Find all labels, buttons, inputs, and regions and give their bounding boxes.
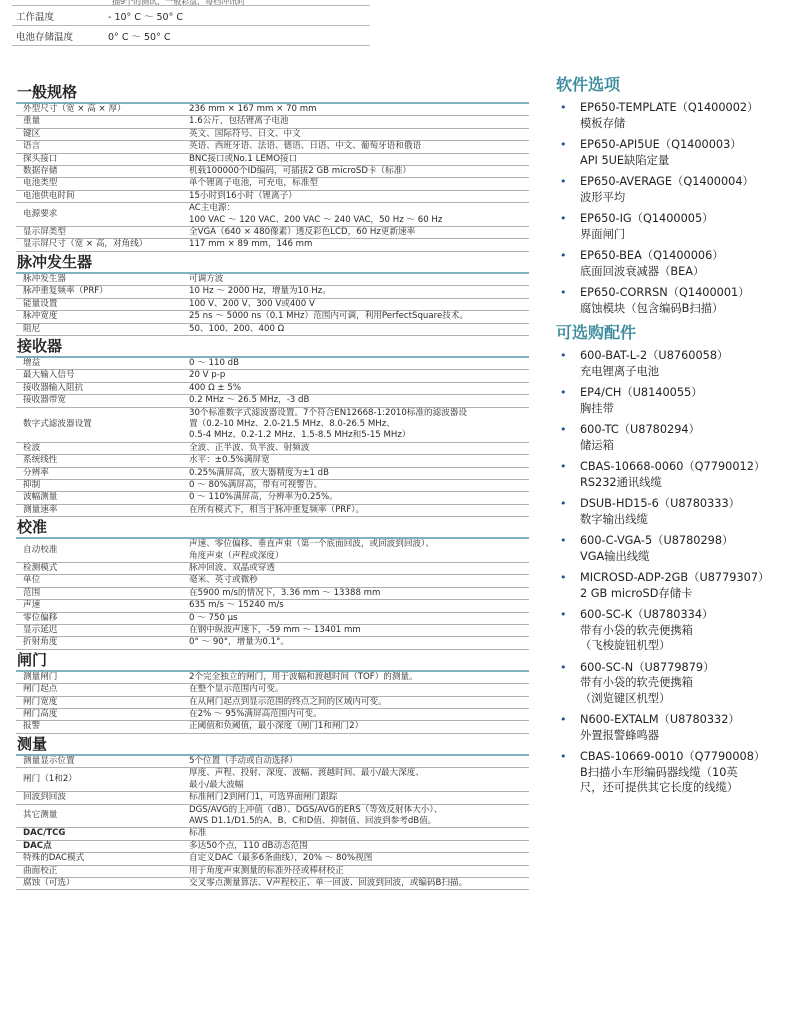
spec-label: 报警 — [16, 721, 187, 732]
spec-value: 50、100、200、400 Ω — [187, 324, 529, 335]
spec-row: 自动校准声速、零位偏移、垂直声束（第一个底面回波，或回波到回波）、 角度声束（声… — [16, 539, 529, 563]
spec-value: 多达50个点，110 dB动态范围 — [187, 841, 529, 852]
spec-label: 特殊的DAC模式 — [16, 853, 187, 864]
section-title: 一般规格 — [16, 82, 529, 102]
spec-label: 显示屏尺寸（宽 × 高，对角线） — [16, 239, 187, 250]
spec-row: 脉冲重复频率（PRF）10 Hz ～ 2000 Hz，增量为10 Hz。 — [16, 286, 529, 298]
spec-label: 最大输入信号 — [16, 370, 187, 381]
spec-value: 可调方波 — [187, 274, 529, 285]
bullet-icon: • — [556, 285, 580, 316]
spec-value: 400 Ω ± 5% — [187, 383, 529, 394]
spec-row: 腐蚀（可选）交叉零点测量算法、V声程校正、单一回波、回波到回波，或编码B扫描。 — [16, 878, 529, 890]
spec-value: 在整个显示范围内可变。 — [187, 684, 529, 695]
spec-table: 测量闸门2个完全独立的闸门，用于波幅和渡越时间（TOF）的测量。闸门起点在整个显… — [16, 670, 529, 734]
spec-label: 接收器带宽 — [16, 395, 187, 406]
bullet-icon: • — [556, 459, 580, 490]
spec-label: 零位偏移 — [16, 613, 187, 624]
spec-row: 显示延迟在钢中纵波声速下，-59 mm ～ 13401 mm — [16, 625, 529, 637]
spec-label: 曲面校正 — [16, 866, 187, 877]
spec-label: 脉冲发生器 — [16, 274, 187, 285]
spec-row: 其它测量DGS/AVG的上冲值（dB）、DGS/AVG的ERS（等效反射体大小）… — [16, 805, 529, 829]
list-item-text: 600-SC-N（U8779879） 带有小袋的软壳便携箱 （浏览键区机型） — [580, 660, 790, 707]
spec-row: 能量设置100 V、200 V、300 V或400 V — [16, 299, 529, 311]
spec-value: 10 Hz ～ 2000 Hz，增量为10 Hz。 — [187, 286, 529, 297]
spec-label: 探头接口 — [16, 154, 187, 165]
spec-label: 闸门高度 — [16, 709, 187, 720]
spec-table: 测量显示位置5个位置（手动或自动选择）闸门（1和2）厚度、声程、投射、深度、波幅… — [16, 754, 529, 890]
spec-label: 外型尺寸（宽 × 高 × 厚） — [16, 104, 187, 115]
spec-value: 在2% ～ 95%满屏高范围内可变。 — [187, 709, 529, 720]
spec-row: 最大输入信号20 V p-p — [16, 370, 529, 382]
spec-row: 外型尺寸（宽 × 高 × 厚）236 mm × 167 mm × 70 mm — [16, 104, 529, 116]
spec-label: 脉冲宽度 — [16, 311, 187, 322]
spec-table: 外型尺寸（宽 × 高 × 厚）236 mm × 167 mm × 70 mm重量… — [16, 102, 529, 252]
spec-value: 全波、正半波、负半波、射频波 — [187, 443, 529, 454]
bullet-icon: • — [556, 174, 580, 205]
spec-value: 635 m/s ～ 15240 m/s — [187, 600, 529, 611]
list-item-text: 600-BAT-L-2（U8760058） 充电锂离子电池 — [580, 348, 790, 379]
bullet-icon: • — [556, 660, 580, 707]
list-item-text: EP650-API5UE（Q1400003） API 5UE缺陷定量 — [580, 137, 790, 168]
spec-sections: 一般规格外型尺寸（宽 × 高 × 厚）236 mm × 167 mm × 70 … — [16, 82, 529, 890]
spec-row: 声速635 m/s ～ 15240 m/s — [16, 600, 529, 612]
spec-row: 脉冲发生器可调方波 — [16, 274, 529, 286]
list-item-text: 600-C-VGA-5（U8780298） VGA输出线缆 — [580, 533, 790, 564]
list-item: •CBAS-10669-0010（Q7790008） B扫描小车形编码器线缆（1… — [556, 749, 790, 796]
section-measurement: 测量测量显示位置5个位置（手动或自动选择）闸门（1和2）厚度、声程、投射、深度、… — [16, 734, 529, 890]
spec-value: 在5900 m/s的情况下，3.36 mm ～ 13388 mm — [187, 588, 529, 599]
accessories-list: •600-BAT-L-2（U8760058） 充电锂离子电池•EP4/CH（U8… — [556, 348, 790, 796]
list-item-text: N600-EXTALM（U8780332） 外置报警蜂鸣器 — [580, 712, 790, 743]
spec-label: 电池类型 — [16, 178, 187, 189]
spec-value: 毫米、英寸或微秒 — [187, 575, 529, 586]
section-title: 接收器 — [16, 336, 529, 356]
spec-label: 语言 — [16, 141, 187, 152]
spec-label: 测量闸门 — [16, 672, 187, 683]
spec-label: 闸门起点 — [16, 684, 187, 695]
section-title: 闸门 — [16, 650, 529, 670]
spec-row: 电池类型单个锂离子电池，可充电，标准型 — [16, 178, 529, 190]
spec-label: 测量显示位置 — [16, 756, 187, 767]
spec-value: 0° C ～ 50° C — [108, 29, 370, 43]
spec-value: 15小时到16小时（锂离子） — [187, 191, 529, 202]
spec-label: 单位 — [16, 575, 187, 586]
spec-row: 数据存储机载100000个ID编码，可插拔2 GB microSD卡（标准） — [16, 166, 529, 178]
spec-row: 闸门（1和2）厚度、声程、投射、深度、波幅、渡越时间、最小/最大深度、 最小/最… — [16, 768, 529, 792]
list-item: •EP650-TEMPLATE（Q1400002） 模板存储 — [556, 100, 790, 131]
list-item: •CBAS-10668-0060（Q7790012） RS232通讯线缆 — [556, 459, 790, 490]
spec-label: 抑制 — [16, 480, 187, 491]
spec-label: 腐蚀（可选） — [16, 878, 187, 889]
list-item: •EP650-AVERAGE（Q1400004） 波形平均 — [556, 174, 790, 205]
spec-label: 自动校准 — [16, 545, 187, 556]
spec-label: 显示屏类型 — [16, 227, 187, 238]
spec-row: 探头接口BNC接口或No.1 LEMO接口 — [16, 154, 529, 166]
list-item-text: EP650-AVERAGE（Q1400004） 波形平均 — [580, 174, 790, 205]
spec-row: 测量显示位置5个位置（手动或自动选择） — [16, 756, 529, 768]
spec-value: 236 mm × 167 mm × 70 mm — [187, 104, 529, 115]
spec-row: 抑制0 ～ 80%满屏高，带有可视警告。 — [16, 480, 529, 492]
section-title: 校准 — [16, 517, 529, 537]
spec-label: 增益 — [16, 358, 187, 369]
spec-label: 分辨率 — [16, 468, 187, 479]
spec-value: 单个锂离子电池，可充电，标准型 — [187, 178, 529, 189]
spec-value: 在钢中纵波声速下，-59 mm ～ 13401 mm — [187, 625, 529, 636]
spec-label: 其它测量 — [16, 810, 187, 821]
spec-value: 全VGA（640 × 480像素）透反彩色LCD，60 Hz更新速率 — [187, 227, 529, 238]
spec-label: 接收器输入阻抗 — [16, 383, 187, 394]
bullet-icon: • — [556, 211, 580, 242]
list-item-text: EP4/CH（U8140055） 胸挂带 — [580, 385, 790, 416]
spec-value: 脉冲回波、双晶或穿透 — [187, 563, 529, 574]
list-item-text: CBAS-10669-0010（Q7790008） B扫描小车形编码器线缆（10… — [580, 749, 790, 796]
spec-value: 在所有模式下，相当于脉冲重复频率（PRF）。 — [187, 505, 529, 516]
spec-row: 语言英语、西班牙语、法语、德语、日语、中文、葡萄牙语和俄语 — [16, 141, 529, 153]
spec-label: 声速 — [16, 600, 187, 611]
spec-table: 自动校准声速、零位偏移、垂直声束（第一个底面回波，或回波到回波）、 角度声束（声… — [16, 537, 529, 650]
bullet-icon: • — [556, 607, 580, 654]
spec-label: 检波 — [16, 443, 187, 454]
section-pulser: 脉冲发生器脉冲发生器可调方波脉冲重复频率（PRF）10 Hz ～ 2000 Hz… — [16, 252, 529, 336]
section-general-specs: 一般规格外型尺寸（宽 × 高 × 厚）236 mm × 167 mm × 70 … — [16, 82, 529, 252]
spec-label: 能量设置 — [16, 299, 187, 310]
bullet-icon: • — [556, 348, 580, 379]
list-item-text: MICROSD-ADP-2GB（U8779307） 2 GB microSD存储… — [580, 570, 790, 601]
spec-value: 1.6公斤，包括锂离子电池 — [187, 116, 529, 127]
spec-row: 单位毫米、英寸或微秒 — [16, 575, 529, 587]
spec-row: 范围在5900 m/s的情况下，3.36 mm ～ 13388 mm — [16, 588, 529, 600]
spec-value: BNC接口或No.1 LEMO接口 — [187, 154, 529, 165]
list-item-text: EP650-BEA（Q1400006） 底面回波衰减器（BEA） — [580, 248, 790, 279]
spec-row-battery-storage-temp: 电池存储温度 0° C ～ 50° C — [12, 26, 370, 46]
spec-label: 显示延迟 — [16, 625, 187, 636]
spec-row: 电池供电时间15小时到16小时（锂离子） — [16, 191, 529, 203]
spec-value: 0.2 MHz ～ 26.5 MHz，-3 dB — [187, 395, 529, 406]
spec-row: 测量闸门2个完全独立的闸门，用于波幅和渡越时间（TOF）的测量。 — [16, 672, 529, 684]
spec-row: 接收器带宽0.2 MHz ～ 26.5 MHz，-3 dB — [16, 395, 529, 407]
spec-value: 标准 — [187, 828, 529, 839]
list-item: •EP650-IG（Q1400005） 界面闸门 — [556, 211, 790, 242]
list-item-text: DSUB-HD15-6（U8780333） 数字输出线缆 — [580, 496, 790, 527]
spec-label: 数字式滤波器设置 — [16, 419, 187, 430]
list-item-text: EP650-CORRSN（Q1400001） 腐蚀模块（包含编码B扫描） — [580, 285, 790, 316]
spec-row: 增益0 ～ 110 dB — [16, 358, 529, 370]
spec-row: 报警正阈值和负阈值，最小深度（闸门1和闸门2） — [16, 721, 529, 733]
list-item: •600-SC-K（U8780334） 带有小袋的软壳便携箱 （飞梭旋钮机型） — [556, 607, 790, 654]
list-item: •MICROSD-ADP-2GB（U8779307） 2 GB microSD存… — [556, 570, 790, 601]
spec-value: 在从闸门起点到显示范围的终点之间的区域内可变。 — [187, 697, 529, 708]
spec-value: 0 ～ 80%满屏高，带有可视警告。 — [187, 480, 529, 491]
spec-row: 闸门宽度在从闸门起点到显示范围的终点之间的区域内可变。 — [16, 697, 529, 709]
spec-table: 增益0 ～ 110 dB最大输入信号20 V p-p接收器输入阻抗400 Ω ±… — [16, 356, 529, 517]
spec-row: 脉冲宽度25 ns ～ 5000 ns（0.1 MHz）范围内可调，利用Perf… — [16, 311, 529, 323]
spec-table: 脉冲发生器可调方波脉冲重复频率（PRF）10 Hz ～ 2000 Hz，增量为1… — [16, 272, 529, 336]
list-item: •N600-EXTALM（U8780332） 外置报警蜂鸣器 — [556, 712, 790, 743]
bullet-icon: • — [556, 248, 580, 279]
spec-label: 重量 — [16, 116, 187, 127]
spec-value: 0° ～ 90°，增量为0.1°。 — [187, 637, 529, 648]
spec-value: 交叉零点测量算法、V声程校正、单一回波、回波到回波，或编码B扫描。 — [187, 878, 529, 889]
bullet-icon: • — [556, 137, 580, 168]
spec-label: 范围 — [16, 588, 187, 599]
spec-value: 声速、零位偏移、垂直声束（第一个底面回波，或回波到回波）、 角度声束（声程或深度… — [187, 539, 529, 562]
spec-label: DAC点 — [16, 841, 187, 852]
section-title: 测量 — [16, 734, 529, 754]
spec-row: 系统线性水平：±0.5%满屏宽 — [16, 455, 529, 467]
section-title: 脉冲发生器 — [16, 252, 529, 272]
list-item-text: EP650-TEMPLATE（Q1400002） 模板存储 — [580, 100, 790, 131]
bullet-icon: • — [556, 422, 580, 453]
spec-value: 5个位置（手动或自动选择） — [187, 756, 529, 767]
list-item: •EP650-CORRSN（Q1400001） 腐蚀模块（包含编码B扫描） — [556, 285, 790, 316]
spec-value: 用于角度声束测量的标准外径或棒材校正 — [187, 866, 529, 877]
spec-value: 25 ns ～ 5000 ns（0.1 MHz）范围内可调，利用PerfectS… — [187, 311, 529, 322]
spec-row: DAC/TCG标准 — [16, 828, 529, 840]
spec-value: - 10° C ～ 50° C — [108, 9, 370, 23]
list-item-text: EP650-IG（Q1400005） 界面闸门 — [580, 211, 790, 242]
spec-row: 显示屏尺寸（宽 × 高，对角线）117 mm × 89 mm，146 mm — [16, 239, 529, 251]
bullet-icon: • — [556, 533, 580, 564]
spec-row: 特殊的DAC模式自定义DAC（最多6条曲线），20% ～ 80%视图 — [16, 853, 529, 865]
bullet-icon: • — [556, 749, 580, 796]
list-item-text: CBAS-10668-0060（Q7790012） RS232通讯线缆 — [580, 459, 790, 490]
software-options-list: •EP650-TEMPLATE（Q1400002） 模板存储•EP650-API… — [556, 100, 790, 316]
spec-value: 机载100000个ID编码，可插拔2 GB microSD卡（标准） — [187, 166, 529, 177]
spec-row: 回波到回波标准闸门2到闸门1，可选界面闸门跟踪 — [16, 792, 529, 804]
spec-row: 重量1.6公斤，包括锂离子电池 — [16, 116, 529, 128]
spec-label: 数据存储 — [16, 166, 187, 177]
bullet-icon: • — [556, 712, 580, 743]
spec-value: 标准闸门2到闸门1，可选界面闸门跟踪 — [187, 792, 529, 803]
spec-row: 闸门起点在整个显示范围内可变。 — [16, 684, 529, 696]
options-column: 软件选项 •EP650-TEMPLATE（Q1400002） 模板存储•EP65… — [556, 74, 790, 802]
section-gates: 闸门测量闸门2个完全独立的闸门，用于波幅和渡越时间（TOF）的测量。闸门起点在整… — [16, 650, 529, 734]
spec-label: 闸门（1和2） — [16, 774, 187, 785]
accessories-title: 可选购配件 — [556, 322, 790, 344]
list-item: •EP4/CH（U8140055） 胸挂带 — [556, 385, 790, 416]
environment-spec-table: 插9个的测试，一般彩盘，每档冲讯时 工作温度 - 10° C ～ 50° C 电… — [12, 0, 370, 46]
spec-value: 117 mm × 89 mm，146 mm — [187, 239, 529, 250]
spec-row: 测量速率在所有模式下，相当于脉冲重复频率（PRF）。 — [16, 505, 529, 517]
spec-label: 检测模式 — [16, 563, 187, 574]
list-item-text: 600-SC-K（U8780334） 带有小袋的软壳便携箱 （飞梭旋钮机型） — [580, 607, 790, 654]
spec-value: 100 V、200 V、300 V或400 V — [187, 299, 529, 310]
spec-value: 正阈值和负阈值，最小深度（闸门1和闸门2） — [187, 721, 529, 732]
spec-label: 工作温度 — [12, 9, 108, 23]
list-item: •600-C-VGA-5（U8780298） VGA输出线缆 — [556, 533, 790, 564]
list-item: •600-SC-N（U8779879） 带有小袋的软壳便携箱 （浏览键区机型） — [556, 660, 790, 707]
spec-value: 0.25%满屏高，放大器精度为±1 dB — [187, 468, 529, 479]
spec-label: 回波到回波 — [16, 792, 187, 803]
spec-row-operating-temp: 工作温度 - 10° C ～ 50° C — [12, 6, 370, 26]
spec-label: 阻尼 — [16, 324, 187, 335]
spec-value: AC主电源： 100 VAC ～ 120 VAC、200 VAC ～ 240 V… — [187, 203, 529, 226]
bullet-icon: • — [556, 100, 580, 131]
spec-value: 英文、国际符号、日文、中文 — [187, 129, 529, 140]
list-item: •DSUB-HD15-6（U8780333） 数字输出线缆 — [556, 496, 790, 527]
spec-value: 水平：±0.5%满屏宽 — [187, 455, 529, 466]
spec-row: 曲面校正用于角度声束测量的标准外径或棒材校正 — [16, 866, 529, 878]
spec-row: 波幅测量0 ～ 110%满屏高，分辨率为0.25%。 — [16, 492, 529, 504]
spec-value: 厚度、声程、投射、深度、波幅、渡越时间、最小/最大深度、 最小/最大波幅 — [187, 768, 529, 791]
spec-value: 0 ～ 110%满屏高，分辨率为0.25%。 — [187, 492, 529, 503]
spec-label: 波幅测量 — [16, 492, 187, 503]
spec-label: DAC/TCG — [16, 828, 187, 839]
spec-label: 电源要求 — [16, 209, 187, 220]
spec-label: 脉冲重复频率（PRF） — [16, 286, 187, 297]
spec-row: DAC点多达50个点，110 dB动态范围 — [16, 841, 529, 853]
spec-value: 0 ～ 750 μs — [187, 613, 529, 624]
spec-row: 数字式滤波器设置30个标准数字式滤波器设置。7个符合EN12668-1:2010… — [16, 408, 529, 443]
software-options-title: 软件选项 — [556, 74, 790, 96]
spec-row: 折射角度0° ～ 90°，增量为0.1°。 — [16, 637, 529, 649]
spec-label: 测量速率 — [16, 505, 187, 516]
list-item: •EP650-API5UE（Q1400003） API 5UE缺陷定量 — [556, 137, 790, 168]
spec-value: 30个标准数字式滤波器设置。7个符合EN12668-1:2010标准的滤波器设 … — [187, 408, 529, 442]
spec-value: 自定义DAC（最多6条曲线），20% ～ 80%视图 — [187, 853, 529, 864]
list-item: •600-BAT-L-2（U8760058） 充电锂离子电池 — [556, 348, 790, 379]
spec-value: 2个完全独立的闸门，用于波幅和渡越时间（TOF）的测量。 — [187, 672, 529, 683]
list-item: •600-TC（U8780294） 储运箱 — [556, 422, 790, 453]
spec-row: 阻尼50、100、200、400 Ω — [16, 324, 529, 336]
spec-label: 闸门宽度 — [16, 697, 187, 708]
spec-row: 显示屏类型全VGA（640 × 480像素）透反彩色LCD，60 Hz更新速率 — [16, 227, 529, 239]
spec-value: 英语、西班牙语、法语、德语、日语、中文、葡萄牙语和俄语 — [187, 141, 529, 152]
section-receiver: 接收器增益0 ～ 110 dB最大输入信号20 V p-p接收器输入阻抗400 … — [16, 336, 529, 517]
spec-row: 接收器输入阻抗400 Ω ± 5% — [16, 383, 529, 395]
section-calibration: 校准自动校准声速、零位偏移、垂直声束（第一个底面回波，或回波到回波）、 角度声束… — [16, 517, 529, 650]
list-item-text: 600-TC（U8780294） 储运箱 — [580, 422, 790, 453]
list-item: •EP650-BEA（Q1400006） 底面回波衰减器（BEA） — [556, 248, 790, 279]
bullet-icon: • — [556, 496, 580, 527]
spec-row: 电源要求AC主电源： 100 VAC ～ 120 VAC、200 VAC ～ 2… — [16, 203, 529, 227]
spec-label: 系统线性 — [16, 455, 187, 466]
spec-row: 零位偏移0 ～ 750 μs — [16, 613, 529, 625]
bullet-icon: • — [556, 570, 580, 601]
spec-row: 闸门高度在2% ～ 95%满屏高范围内可变。 — [16, 709, 529, 721]
spec-label: 键区 — [16, 129, 187, 140]
spec-row: 检测模式脉冲回波、双晶或穿透 — [16, 563, 529, 575]
spec-row: 键区英文、国际符号、日文、中文 — [16, 129, 529, 141]
spec-label: 电池存储温度 — [12, 29, 108, 43]
spec-value: 0 ～ 110 dB — [187, 358, 529, 369]
spec-label: 折射角度 — [16, 637, 187, 648]
spec-value: 20 V p-p — [187, 370, 529, 381]
spec-row: 分辨率0.25%满屏高，放大器精度为±1 dB — [16, 468, 529, 480]
bullet-icon: • — [556, 385, 580, 416]
spec-row: 检波全波、正半波、负半波、射频波 — [16, 443, 529, 455]
spec-label: 电池供电时间 — [16, 191, 187, 202]
spec-value: DGS/AVG的上冲值（dB）、DGS/AVG的ERS（等效反射体大小）、 AW… — [187, 805, 529, 828]
